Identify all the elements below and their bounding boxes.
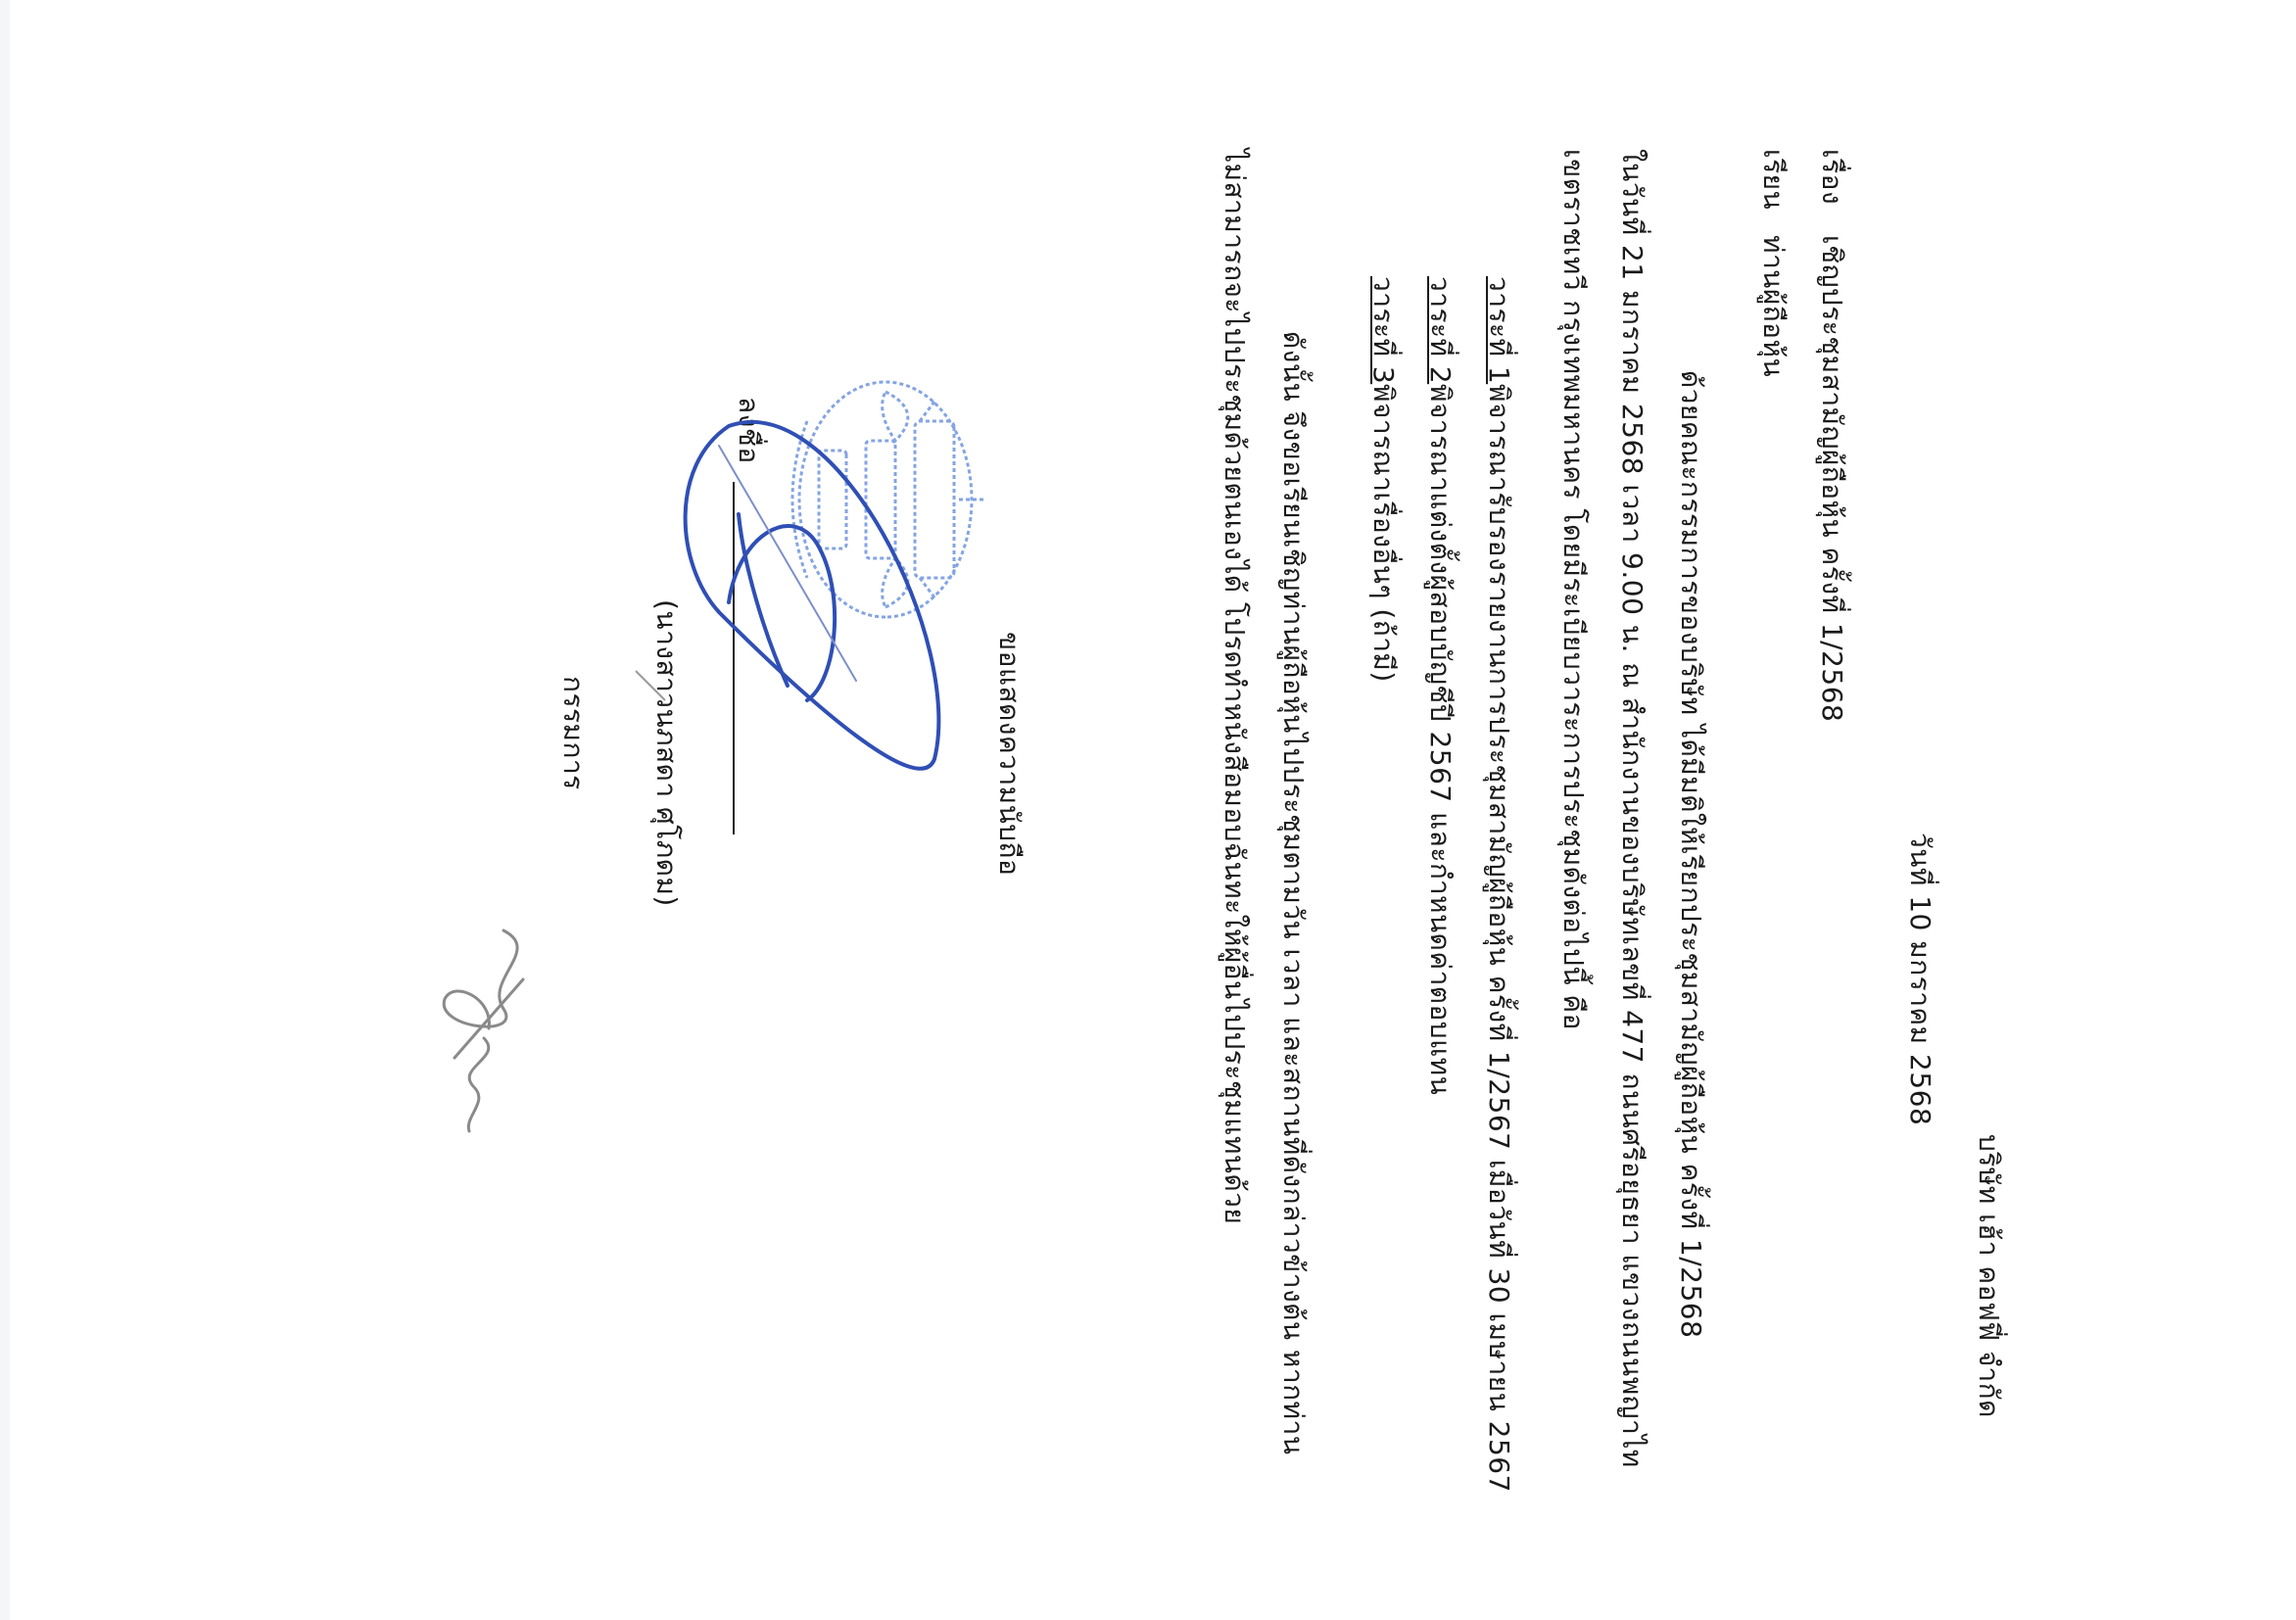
letter-date: วันที่ 10 มกราคม 2568 (1906, 833, 1934, 1125)
agenda-label-3: วาระที่ 3 (1369, 276, 1397, 384)
to-label: เรียน (1759, 149, 1787, 210)
initials-icon (396, 921, 562, 1146)
signer-name: (นางสาวนภสดา ศุโภดม) (652, 599, 680, 907)
agenda-label-2: วาระที่ 2 (1426, 276, 1454, 384)
body-line: เขตราชเทวี กรุงเทพมหานคร โดยมีระเบียบวาร… (1559, 149, 1587, 1030)
company-header: บริษัท เฮ้า คอฟฟี่ จำกัด (1975, 1134, 2002, 1418)
to-text: ท่านผู้ถือหุ้น (1759, 235, 1787, 377)
body-line: ด้วยคณะกรรมการของบริษัท ได้มีมติให้เรียก… (1677, 370, 1704, 1338)
letter-page: บริษัท เฮ้า คอฟฟี่ จำกัด วันที่ 10 มกราค… (0, 0, 2296, 1620)
signer-title: กรรมการ (559, 676, 587, 790)
agenda-label-1: วาระที่ 1 (1485, 276, 1512, 384)
body-line: ในวันที่ 21 มกราคม 2568 เวลา 9.00 น. ณ ส… (1618, 149, 1646, 1468)
closing-line: ไม่สามารถจะไปประชุมด้วยตนเองได้ โปรดทำหน… (1220, 149, 1248, 1224)
regards-text: ขอแสดงความนับถือ (995, 632, 1023, 876)
agenda-text-3: พิจารณาเรื่องอื่นๆ (ถ้ามี) (1369, 384, 1397, 683)
scan-edge (0, 0, 10, 1620)
pen-mark-icon (631, 666, 670, 705)
signature-icon (650, 387, 974, 798)
agenda-text-2: พิจารณาแต่งตั้งผู้สอบบัญชีปี 2567 และกำห… (1426, 384, 1454, 1095)
closing-line: ดังนั้น จึงขอเรียนเชิญท่านผู้ถือหุ้นไปปร… (1279, 331, 1307, 1454)
agenda-text-1: พิจารณารับรองรายงานการประชุมสามัญผู้ถือห… (1485, 384, 1512, 1493)
subject-label: เรื่อง (1818, 149, 1845, 205)
subject-text: เชิญประชุมสามัญผู้ถือหุ้น ครั้งที่ 1/256… (1818, 235, 1845, 722)
